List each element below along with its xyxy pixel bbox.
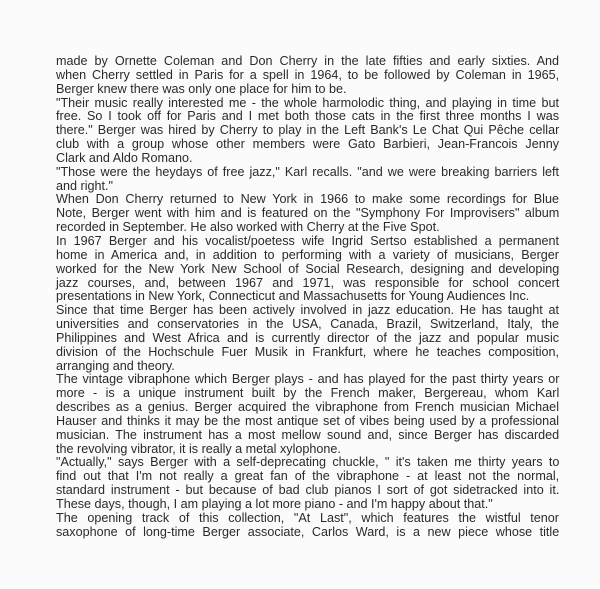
text-line: and right." — [56, 180, 559, 194]
text-line: universities and conservatories in the U… — [56, 318, 559, 332]
text-line: the revolving vibrator, it is really a m… — [56, 443, 559, 457]
text-line: When Don Cherry returned to New York in … — [56, 193, 559, 207]
text-line: home in America and, in addition to perf… — [56, 249, 559, 263]
text-line: Note, Berger went with him and is featur… — [56, 207, 559, 221]
text-line: worked for the New York New School of So… — [56, 263, 559, 277]
text-line: saxophone of long-time Berger associate,… — [56, 526, 559, 540]
text-line: "Actually," says Berger with a self-depr… — [56, 456, 559, 470]
text-line: find out that I'm not really a great fan… — [56, 470, 559, 484]
text-line: when Cherry settled in Paris for a spell… — [56, 69, 559, 83]
text-line: The opening track of this collection, "A… — [56, 512, 559, 526]
text-line: "Their music really interested me - the … — [56, 97, 559, 111]
text-line: free. So I took off for Paris and I met … — [56, 110, 559, 124]
text-line: there." Berger was hired by Cherry to pl… — [56, 124, 559, 138]
text-line: musician. The instrument has a most mell… — [56, 429, 559, 443]
text-line: "Those were the heydays of free jazz," K… — [56, 166, 559, 180]
text-line: In 1967 Berger and his vocalist/poetess … — [56, 235, 559, 249]
text-line: These days, though, I am playing a lot m… — [56, 498, 559, 512]
text-line: Since that time Berger has been actively… — [56, 304, 559, 318]
text-line: Philippines and West Africa and is curre… — [56, 332, 559, 346]
text-line: Berger knew there was only one place for… — [56, 83, 559, 97]
text-line: recorded in September. He also worked wi… — [56, 221, 559, 235]
text-line: Hauser and thinks it may be the most ant… — [56, 415, 559, 429]
text-line: presentations in New York, Connecticut a… — [56, 290, 559, 304]
text-line: describes as a genius. Berger acquired t… — [56, 401, 559, 415]
text-line: arranging and theory. — [56, 360, 559, 374]
text-line: standard instrument - but because of bad… — [56, 484, 559, 498]
text-line: made by Ornette Coleman and Don Cherry i… — [56, 55, 559, 69]
text-line: jazz courses, and, between 1967 and 1971… — [56, 277, 559, 291]
text-line: division of the Hochschule Fuer Musik in… — [56, 346, 559, 360]
text-line: more - is a unique instrument built by t… — [56, 387, 559, 401]
text-line: club with a group whose other members we… — [56, 138, 559, 152]
text-line: The vintage vibraphone which Berger play… — [56, 373, 559, 387]
text-line: Clark and Aldo Romano. — [56, 152, 559, 166]
document-body: made by Ornette Coleman and Don Cherry i… — [56, 55, 559, 540]
